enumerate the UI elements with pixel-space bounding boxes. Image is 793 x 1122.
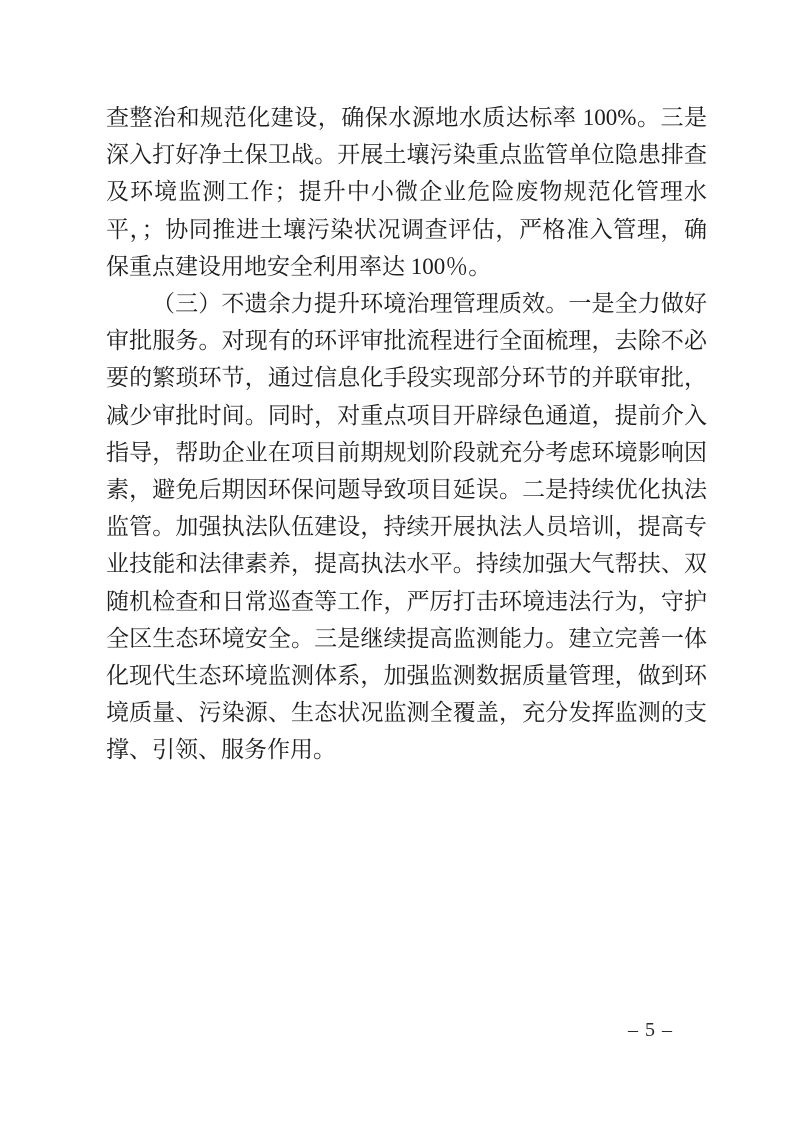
body-line: （三）不遗余力提升环境治理管理质效。一是全力做好: [106, 285, 707, 322]
body-line: 查整治和规范化建设，确保水源地水质达标率 100%。三是: [106, 99, 707, 136]
paragraph-continued: 查整治和规范化建设，确保水源地水质达标率 100%。三是 深入打好净土保卫战。开…: [106, 99, 707, 285]
body-line: 减少审批时间。同时，对重点项目开辟绿色通道，提前介入: [106, 397, 707, 434]
body-line: 业技能和法律素养，提高执法水平。持续加强大气帮扶、双: [106, 545, 707, 582]
body-line: 全区生态环境安全。三是继续提高监测能力。建立完善一体: [106, 620, 707, 657]
page-number: – 5 –: [628, 1018, 673, 1042]
body-line: 指导，帮助企业在项目前期规划阶段就充分考虑环境影响因: [106, 434, 707, 471]
body-line: 及环境监测工作；提升中小微企业危险废物规范化管理水: [106, 173, 707, 210]
body-line: 撑、引领、服务作用。: [106, 731, 707, 768]
body-line: 平，；协同推进土壤污染状况调查评估，严格准入管理，确: [106, 211, 707, 248]
body-line: 审批服务。对现有的环评审批流程进行全面梳理，去除不必: [106, 322, 707, 359]
body-line: 化现代生态环境监测体系，加强监测数据质量管理，做到环: [106, 657, 707, 694]
document-body: 查整治和规范化建设，确保水源地水质达标率 100%。三是 深入打好净土保卫战。开…: [106, 99, 707, 769]
paragraph-section-three: （三）不遗余力提升环境治理管理质效。一是全力做好 审批服务。对现有的环评审批流程…: [106, 285, 707, 769]
document-page: 查整治和规范化建设，确保水源地水质达标率 100%。三是 深入打好净土保卫战。开…: [0, 0, 793, 1122]
body-line: 要的繁琐环节，通过信息化手段实现部分环节的并联审批，: [106, 359, 707, 396]
body-line: 监管。加强执法队伍建设，持续开展执法人员培训，提高专: [106, 508, 707, 545]
body-line: 深入打好净土保卫战。开展土壤污染重点监管单位隐患排查: [106, 136, 707, 173]
body-line: 素，避免后期因环保问题导致项目延误。二是持续优化执法: [106, 471, 707, 508]
body-line: 随机检查和日常巡查等工作，严厉打击环境违法行为，守护: [106, 583, 707, 620]
body-line: 保重点建设用地安全利用率达 100％。: [106, 248, 707, 285]
body-line: 境质量、污染源、生态状况监测全覆盖，充分发挥监测的支: [106, 694, 707, 731]
